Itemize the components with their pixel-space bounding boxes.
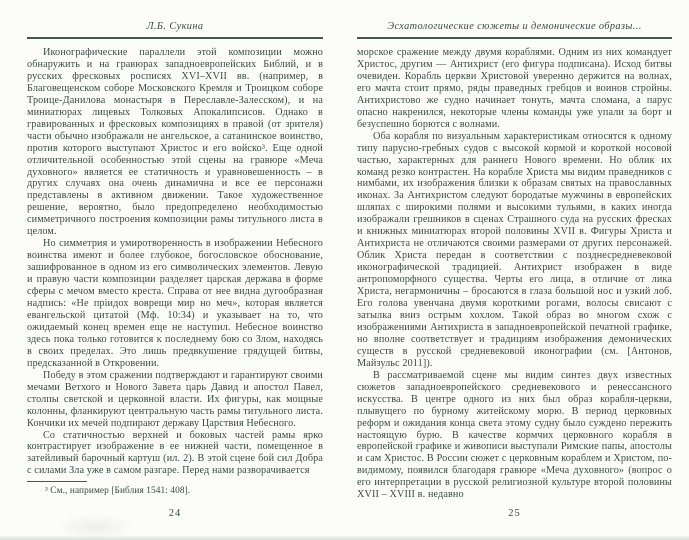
right-page: Эсхатологические сюжеты и демонические о… [357,0,672,540]
scan-edge-artifact [0,535,689,540]
left-page: Л.Б. Сукина Иконографические параллели э… [27,0,323,540]
paragraph: морское сражение между двумя кораблями. … [357,47,672,131]
header-rule [357,37,672,39]
footnote-rule [27,481,87,482]
paragraph: Со статичностью верхней и боковых частей… [27,430,323,478]
running-header-chapter: Эсхатологические сюжеты и демонические о… [357,21,672,32]
header-rule [27,37,323,39]
paragraph: Иконографические параллели этой композиц… [27,47,323,238]
left-page-body: Иконографические параллели этой композиц… [27,47,323,477]
footnote: ³ См., например [Библия 1541: 408]. [27,486,323,496]
running-header-author: Л.Б. Сукина [27,21,323,32]
paragraph: Оба корабля по визуальным характеристика… [357,131,672,370]
right-page-body: морское сражение между двумя кораблями. … [357,47,672,501]
book-spread: Л.Б. Сукина Иконографические параллели э… [0,0,689,540]
paragraph: Но симметрия и умиротворенность в изобра… [27,238,323,369]
paragraph: В рассматриваемой сцене мы видим синтез … [357,370,672,501]
page-number: 25 [357,508,672,519]
paragraph: Победу в этом сражении подтверждают и га… [27,370,323,430]
